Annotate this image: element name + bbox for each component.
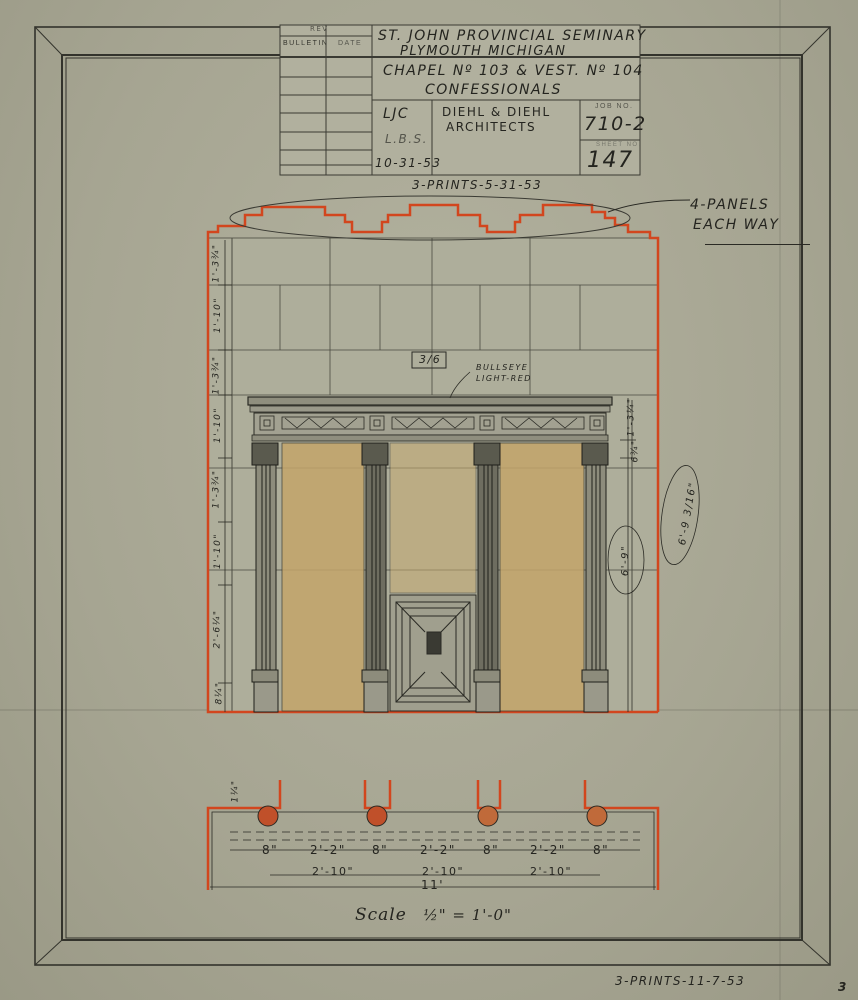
sheet-title-rooms: CHAPEL Nº 103 & VEST. Nº 104 <box>383 63 644 79</box>
firm-name: DIEHL & DIEHL <box>442 105 551 119</box>
dim-right-1: 6¾" <box>631 439 641 462</box>
scale-label: Scale <box>355 905 407 925</box>
ornament-label: 3/6 <box>419 353 441 366</box>
bullseye-note-line2: LIGHT-RED <box>476 374 532 383</box>
dim-left-6: 2'-6¼" <box>213 609 223 648</box>
plan-return-dim: 1¼" <box>231 779 241 802</box>
job-no-label: JOB NO. <box>595 103 634 110</box>
dim-left-7: 8¼" <box>215 681 225 704</box>
plan-dim-r1-2: 8" <box>372 843 388 857</box>
plan-dim-r2-1: 2'-10" <box>422 865 464 878</box>
prints-note-1: 3-PRINTS-5-31-53 <box>412 178 542 192</box>
dim-right-0: 1'-3¼" <box>627 397 637 436</box>
firm-title: ARCHITECTS <box>446 120 536 134</box>
dim-right-2: 6'-9" <box>620 545 631 576</box>
plan-dim-r1-0: 8" <box>262 843 278 857</box>
dim-left-0: 1'-3¾" <box>212 243 222 282</box>
plan-dim-r2-0: 2'-10" <box>312 865 354 878</box>
title-bulletin-label: BULLETIN <box>283 40 328 47</box>
title-date-label: DATE <box>338 40 362 47</box>
plan-dim-r1-4: 8" <box>483 843 499 857</box>
central-door <box>390 595 476 711</box>
project-name: ST. JOHN PROVINCIAL SEMINARY <box>378 28 647 44</box>
plan-dim-r1-1: 2'-2" <box>310 843 346 857</box>
plan-dim-r1-6: 8" <box>593 843 609 857</box>
panels-note-underline <box>705 244 810 245</box>
dim-left-5: 1'-10" <box>213 533 223 569</box>
bullseye-note-line1: BULLSEYE <box>476 363 528 372</box>
sheet-title-subject: CONFESSIONALS <box>425 82 562 98</box>
dim-left-3: 1'-10" <box>213 407 223 443</box>
plan-dim-r1-5: 2'-2" <box>530 843 566 857</box>
title-rev-header: REV <box>310 25 329 33</box>
panels-note-line1: 4-PANELS <box>690 197 769 213</box>
job-no: 710-2 <box>584 113 647 135</box>
dim-left-2: 1'-3¾" <box>212 355 222 394</box>
plan-dim-r1-3: 2'-2" <box>420 843 456 857</box>
dim-left-1: 1'-10" <box>213 297 223 333</box>
plan-dim-r2-2: 2'-10" <box>530 865 572 878</box>
drawing-date: 10-31-53 <box>375 156 441 170</box>
prints-note-2: 3-PRINTS-11-7-53 <box>615 974 745 988</box>
sheet-no: 147 <box>587 148 634 173</box>
drawn-by: LJC <box>383 106 409 122</box>
checked-by: L.B.S. <box>385 132 428 146</box>
project-location: PLYMOUTH MICHIGAN <box>400 44 567 59</box>
scale-value: ½" = 1'-0" <box>423 906 512 924</box>
entablature <box>248 397 612 441</box>
panels-note-line2: EACH WAY <box>693 217 779 233</box>
page-mark: 3 <box>838 980 848 994</box>
dim-left-4: 1'-3¾" <box>212 469 222 508</box>
plan-dim-overall: 11' <box>421 878 444 892</box>
scale-note: Scale ½" = 1'-0" <box>355 905 512 925</box>
